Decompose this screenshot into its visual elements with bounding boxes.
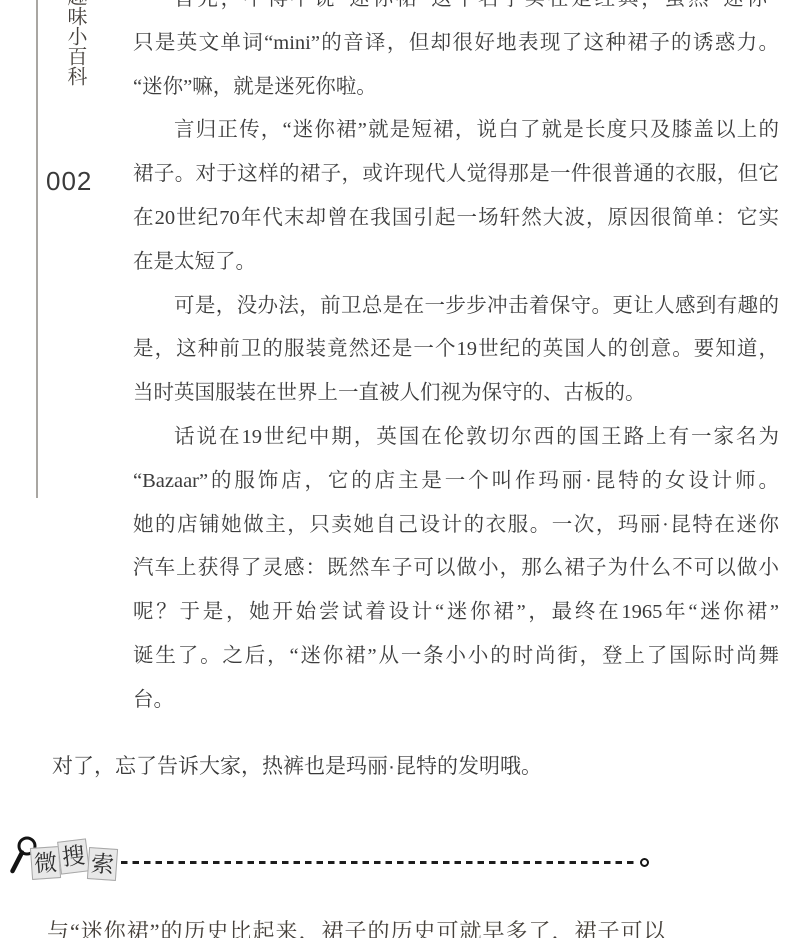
article-line: 在是太短了。 (133, 241, 779, 285)
article-line: 可是，没办法，前卫总是在一步步冲击着保守。更让人感到有趣的 (133, 285, 779, 329)
article-line: 在20世纪70年代末却曾在我国引起一场轩然大波，原因很简单：它实 (133, 197, 779, 241)
sidebar-divider (36, 0, 38, 498)
article-line: 是，这种前卫的服装竟然还是一个19世纪的英国人的创意。要知道， (133, 328, 779, 372)
article-line: 裙子。对于这样的裙子，或许现代人觉得那是一件很普通的衣服，但它 (133, 153, 779, 197)
article-line: “Bazaar”的服饰店，它的店主是一个叫作玛丽·昆特的女设计师。 (133, 460, 779, 504)
article-line: 只是英文单词“mini”的音译，但却很好地表现了这种裙子的诱惑力。 (133, 22, 779, 66)
search-label-tile: 索 (87, 847, 118, 881)
article-line: 当时英国服装在世界上一直被人们视为保守的、古板的。 (133, 372, 779, 416)
next-section-text: 与“迷你裙”的历史比起来，裙子的历史可就早多了，裙子可以 (47, 920, 667, 938)
line-end-circle-icon (640, 858, 649, 867)
search-label-tile: 微 (30, 846, 61, 880)
book-page: 趣味小百科 002 首先，不得不说“迷你裙”这个名字实在是经典，虽然“迷你” 只… (0, 0, 790, 938)
article-line: 汽车上获得了灵感：既然车子可以做小，那么裙子为什么不可以做小 (133, 547, 779, 591)
article-line: 首先，不得不说“迷你裙”这个名字实在是经典，虽然“迷你” (133, 0, 779, 22)
article-line: 她的店铺她做主，只卖她自己设计的衣服。一次，玛丽·昆特在迷你 (133, 504, 779, 548)
article-line: 话说在19世纪中期，英国在伦敦切尔西的国王路上有一家名为 (133, 416, 779, 460)
article-line: 诞生了。之后，“迷你裙”从一条小小的时尚街，登上了国际时尚舞 (133, 635, 779, 679)
article-line: “迷你”嘛，就是迷死你啦。 (133, 66, 779, 110)
article-body: 首先，不得不说“迷你裙”这个名字实在是经典，虽然“迷你” 只是英文单词“mini… (133, 0, 779, 723)
book-title-vertical: 趣味小百科 (62, 0, 88, 86)
article-line: 言归正传，“迷你裙”就是短裙，说白了就是长度只及膝盖以上的 (133, 109, 779, 153)
page-number: 002 (46, 166, 92, 197)
article-line: 呢？于是，她开始尝试着设计“迷你裙”，最终在1965年“迷你裙” (133, 591, 779, 635)
author-note: 对了，忘了告诉大家，热裤也是玛丽·昆特的发明哦。 (52, 753, 542, 781)
article-line: 台。 (133, 679, 779, 723)
dashed-line (121, 861, 637, 864)
search-label-tile: 搜 (57, 838, 90, 874)
